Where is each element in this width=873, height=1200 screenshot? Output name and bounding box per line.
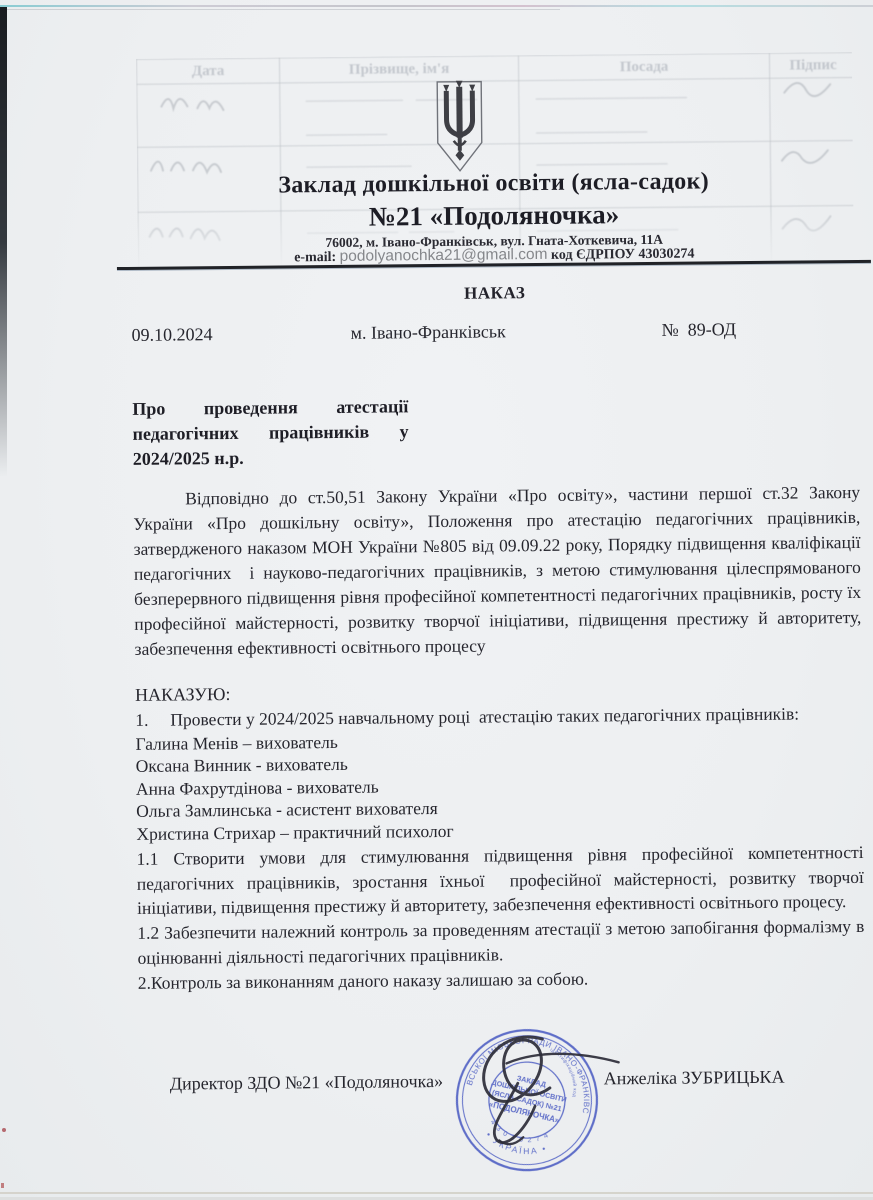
- order-number: № 89-ОД: [661, 319, 736, 341]
- order-intro: Відповідно до ст.50,51 Закону України «П…: [133, 480, 862, 662]
- email-label: e-mail:: [294, 250, 336, 265]
- document-sheet: Дата Прізвище, ім'я Посада Підпис: [0, 0, 873, 1200]
- scan-speck: [1, 1183, 4, 1188]
- order-item-1-2: 1.2 Забезпечити належний контроль за про…: [137, 914, 864, 970]
- order-place: м. Івано-Франківськ: [350, 321, 505, 343]
- director-title: Директор ЗДО №21 «Подоляночка»: [170, 1071, 443, 1095]
- scanned-page: Дата Прізвище, ім'я Посада Підпис: [0, 0, 873, 1200]
- order-date: 09.10.2024: [131, 324, 212, 346]
- handwritten-signature: [446, 1022, 637, 1164]
- order-item-1-1: 1.1 Створити умови для стимулювання підв…: [137, 840, 865, 921]
- order-subject: Про проведення атестації педагогічних пр…: [132, 394, 409, 472]
- email-address: podolyanochka21@gmail.com: [340, 246, 548, 265]
- doc-type-heading: НАКАЗ: [131, 280, 858, 307]
- ukraine-trident-emblem: [434, 80, 485, 174]
- edrpou-code: код ЄДРПОУ 43030274: [551, 247, 695, 263]
- order-body: Про проведення атестації педагогічних пр…: [132, 390, 865, 995]
